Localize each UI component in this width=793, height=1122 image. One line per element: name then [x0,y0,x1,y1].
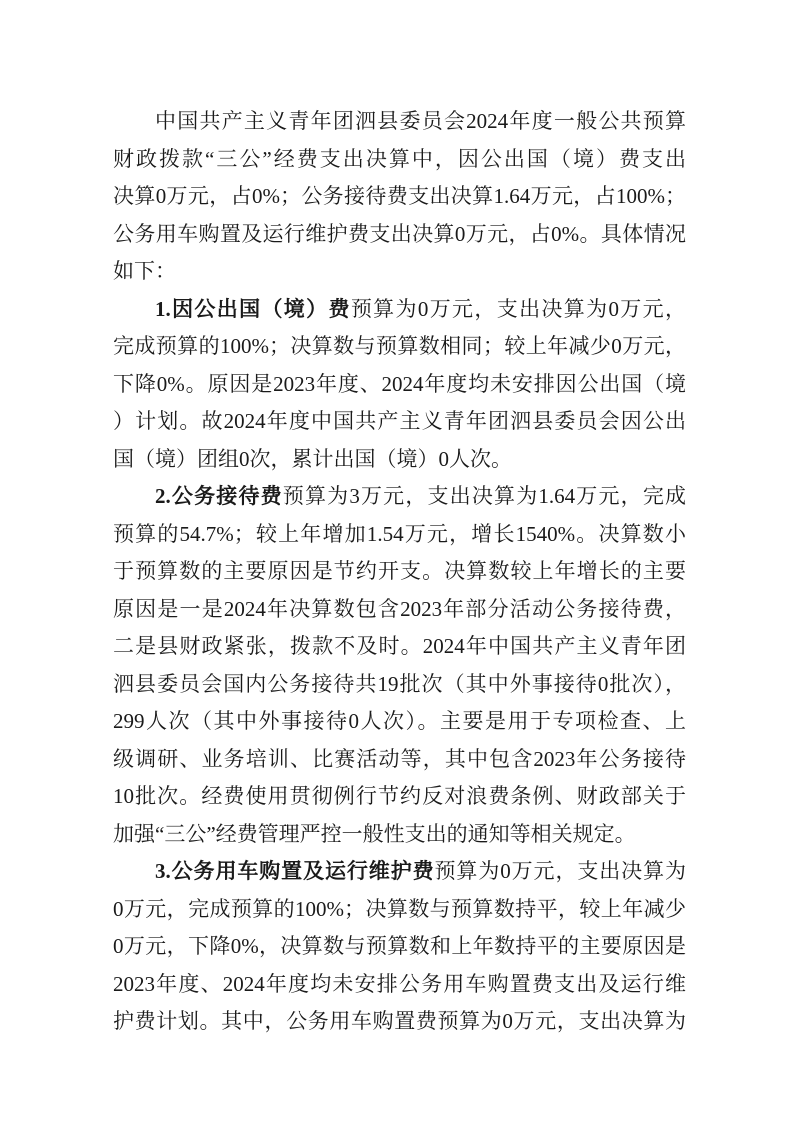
text-line-16: 泗县委员会国内公务接待共19批次（其中外事接待0批次）， [113,666,686,704]
text-line-24: 2023年度、2024年度均未安排公务用车购置费支出及运行维 [113,966,686,1004]
text-line-13: 于预算数的主要原因是节约开支。决算数较上年增长的主要 [113,553,686,591]
text-run: 预算为0万元，支出决算为0万元， [351,297,686,321]
text-line-14: 原因是一是2024年决算数包含2023年部分活动公务接待费， [113,591,686,629]
text-run: 于预算数的主要原因是节约开支。决算数较上年增长的主要 [113,559,686,583]
text-run: 级调研、业务培训、比赛活动等，其中包含2023年公务接待 [113,747,686,771]
text-line-22: 0万元，完成预算的100%；决算数与预算数持平，较上年减少 [113,891,686,929]
text-run: 10批次。经费使用贯彻例行节约反对浪费条例、财政部关于 [113,784,686,808]
text-run: 完成预算的100%；决算数与预算数相同；较上年减少0万元， [113,334,686,358]
text-line-2: 财政拨款“三公”经费支出决算中，因公出国（境）费支出 [113,141,686,179]
text-line-21: 3.公务用车购置及运行维护费预算为0万元，支出决算为 [113,853,686,891]
text-run: 0万元，完成预算的100%；决算数与预算数持平，较上年减少 [113,897,686,921]
text-line-1: 中国共产主义青年团泗县委员会2024年度一般公共预算 [113,103,686,141]
text-line-15: 二是县财政紧张，拨款不及时。2024年中国共产主义青年团 [113,628,686,666]
text-line-5: 如下： [113,253,686,291]
text-line-10: 国（境）团组0次，累计出国（境）0人次。 [113,441,686,479]
text-line-20: 加强“三公”经费管理严控一般性支出的通知等相关规定。 [113,816,686,854]
document-body: 中国共产主义青年团泗县委员会2024年度一般公共预算财政拨款“三公”经费支出决算… [113,103,686,1041]
text-line-18: 级调研、业务培训、比赛活动等，其中包含2023年公务接待 [113,741,686,779]
section-heading-run: 1.因公出国（境）费 [155,297,351,321]
text-run: ）计划。故2024年度中国共产主义青年团泗县委员会因公出 [113,409,686,433]
text-line-3: 决算0万元，占0%；公务接待费支出决算1.64万元，占100%； [113,178,686,216]
text-run: 预算为3万元，支出决算为1.64万元，完成 [283,484,686,508]
text-line-8: 下降0%。原因是2023年度、2024年度均未安排因公出国（境 [113,366,686,404]
text-run: 299人次（其中外事接待0人次）。主要是用于专项检查、上 [113,709,686,733]
text-run: 财政拨款“三公”经费支出决算中，因公出国（境）费支出 [113,147,686,171]
text-line-25: 护费计划。其中，公务用车购置费预算为0万元，支出决算为 [113,1003,686,1041]
text-run: 加强“三公”经费管理严控一般性支出的通知等相关规定。 [113,822,636,846]
text-run: 决算0万元，占0%；公务接待费支出决算1.64万元，占100%； [113,184,686,208]
text-run: 下降0%。原因是2023年度、2024年度均未安排因公出国（境 [113,372,686,396]
text-run: 泗县委员会国内公务接待共19批次（其中外事接待0批次）， [113,672,686,696]
text-line-6: 1.因公出国（境）费预算为0万元，支出决算为0万元， [113,291,686,329]
document-page: 中国共产主义青年团泗县委员会2024年度一般公共预算财政拨款“三公”经费支出决算… [0,0,793,1122]
text-run: 2023年度、2024年度均未安排公务用车购置费支出及运行维 [113,972,686,996]
text-run: 0万元，下降0%，决算数与预算数和上年数持平的主要原因是 [113,934,686,958]
text-line-12: 预算的54.7%；较上年增加1.54万元，增长1540%。决算数小 [113,516,686,554]
text-run: 预算的54.7%；较上年增加1.54万元，增长1540%。决算数小 [113,522,686,546]
text-run: 原因是一是2024年决算数包含2023年部分活动公务接待费， [113,597,686,621]
text-line-19: 10批次。经费使用贯彻例行节约反对浪费条例、财政部关于 [113,778,686,816]
text-run: 护费计划。其中，公务用车购置费预算为0万元，支出决算为 [113,1009,686,1033]
text-line-4: 公务用车购置及运行维护费支出决算0万元，占0%。具体情况 [113,216,686,254]
text-line-17: 299人次（其中外事接待0人次）。主要是用于专项检查、上 [113,703,686,741]
text-run: 国（境）团组0次，累计出国（境）0人次。 [113,447,512,471]
section-heading-run: 2.公务接待费 [155,484,283,508]
text-line-11: 2.公务接待费预算为3万元，支出决算为1.64万元，完成 [113,478,686,516]
text-line-23: 0万元，下降0%，决算数与预算数和上年数持平的主要原因是 [113,928,686,966]
text-run: 中国共产主义青年团泗县委员会2024年度一般公共预算 [155,109,686,133]
text-run: 公务用车购置及运行维护费支出决算0万元，占0%。具体情况 [113,222,686,246]
text-line-7: 完成预算的100%；决算数与预算数相同；较上年减少0万元， [113,328,686,366]
text-run: 二是县财政紧张，拨款不及时。2024年中国共产主义青年团 [113,634,686,658]
text-line-9: ）计划。故2024年度中国共产主义青年团泗县委员会因公出 [113,403,686,441]
text-run: 如下： [113,259,176,283]
text-run: 预算为0万元，支出决算为 [435,859,686,883]
section-heading-run: 3.公务用车购置及运行维护费 [155,859,435,883]
